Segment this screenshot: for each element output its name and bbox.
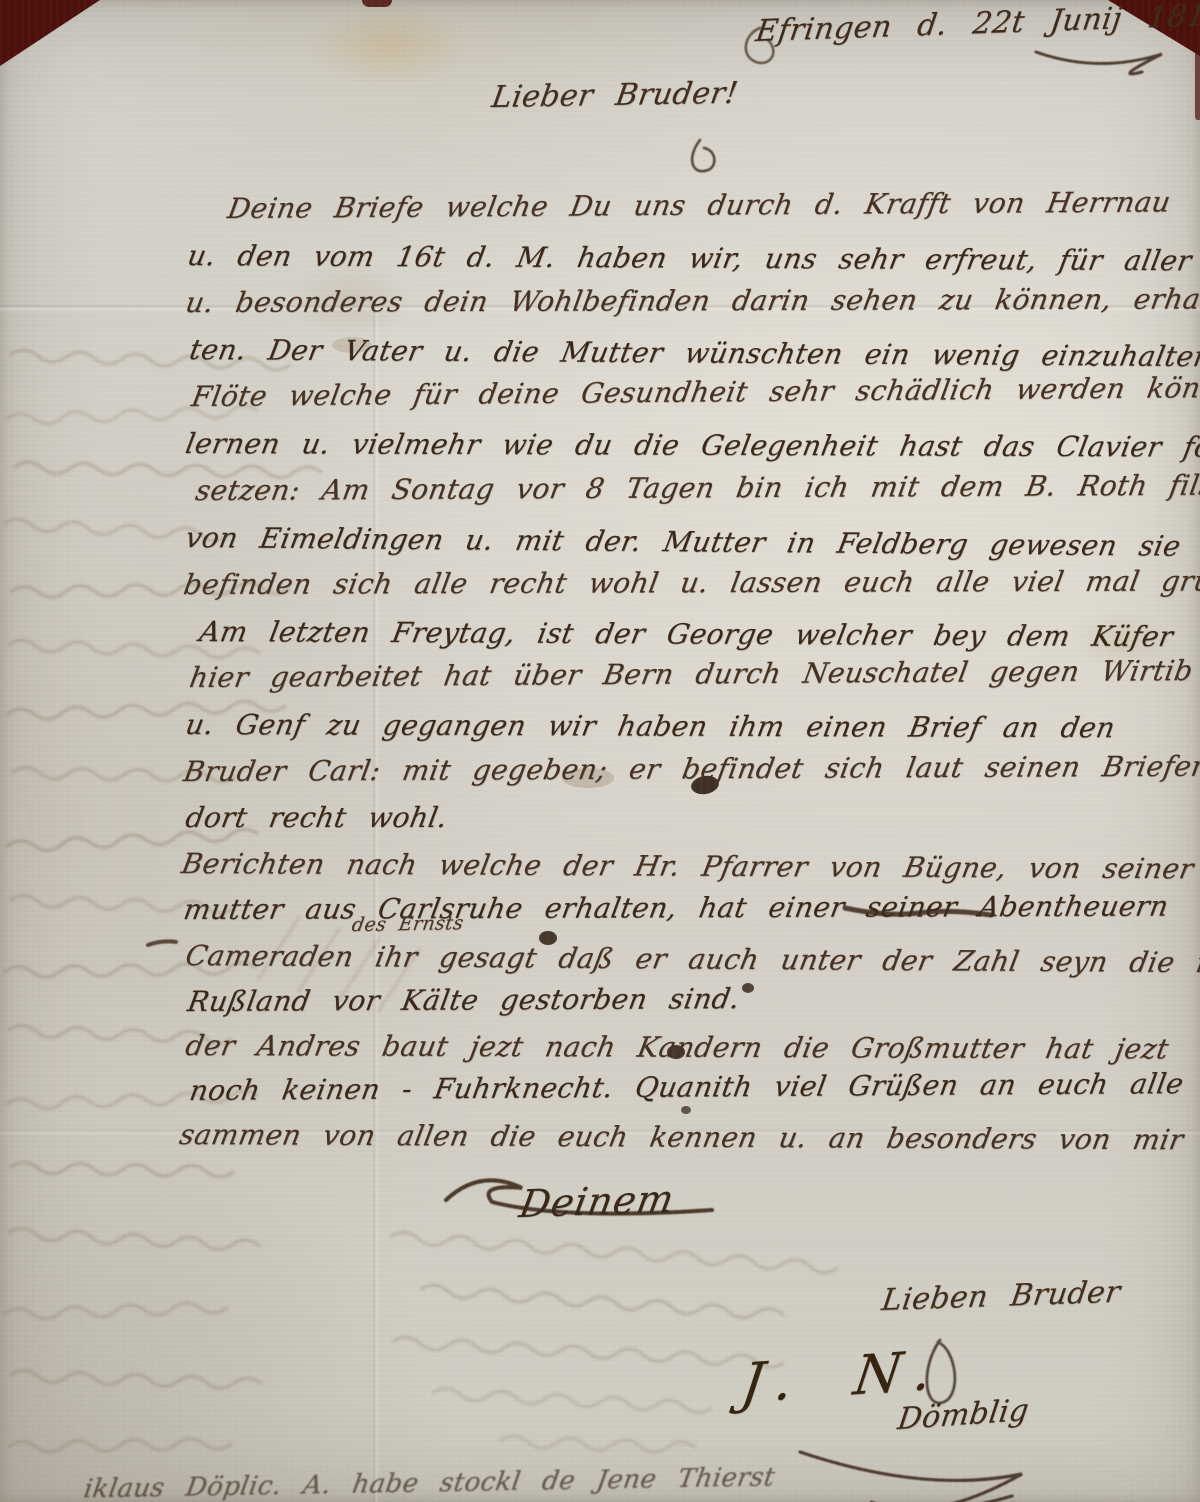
- letter-line: Am letzten Freytag, ist der George welch…: [197, 615, 1176, 653]
- letter-line: u. den vom 16t d. M. haben wir, uns sehr…: [185, 239, 1194, 277]
- letter-line: setzen: Am Sontag vor 8 Tagen bin ich mi…: [193, 469, 1200, 507]
- letter-line: der Andres baut jezt nach Kandern die Gr…: [183, 1029, 1171, 1065]
- letter-line: Deine Briefe welche Du uns durch d. Kraf…: [225, 185, 1173, 225]
- letter-line: hier gearbeitet hat über Bern durch Neus…: [187, 654, 1195, 694]
- interlinear-insertion: des Ernsts: [350, 912, 465, 936]
- letter-line: noch keinen - Fuhrknecht. Quanith viel G…: [187, 1066, 1200, 1107]
- backing-sliver-right-edge: [1195, 40, 1200, 120]
- letter-line: u. Genf zu gegangen wir haben ihm einen …: [183, 708, 1118, 744]
- letter-line: dort recht wohl.: [183, 801, 450, 834]
- scanned-letter-photo: { "document": { "kind": "Handwritten let…: [0, 0, 1200, 1502]
- letter-line: befinden sich alle recht wohl u. lassen …: [181, 564, 1200, 601]
- valediction: Deinem: [516, 1176, 678, 1226]
- letter-line: Bruder Carl: mit gegeben; er befindet si…: [181, 750, 1200, 788]
- backing-notch-top-edge: [362, 0, 392, 7]
- letter-line: Berichten nach welche der Hr. Pfarrer vo…: [179, 847, 1200, 886]
- letter-line: mutter aus Carlsruhe erhalten, hat einer…: [181, 890, 1171, 926]
- letter-line: u. besonderes dein Wohlbefinden darin se…: [183, 282, 1200, 319]
- letter-line: Rußland vor Kälte gestorben sind.: [185, 982, 742, 1018]
- letter-line: sammen von allen die euch kennen u. an b…: [177, 1118, 1186, 1156]
- letter-line: lernen u. vielmehr wie du die Gelegenhei…: [183, 427, 1200, 464]
- salutation: Lieber Bruder!: [489, 76, 740, 115]
